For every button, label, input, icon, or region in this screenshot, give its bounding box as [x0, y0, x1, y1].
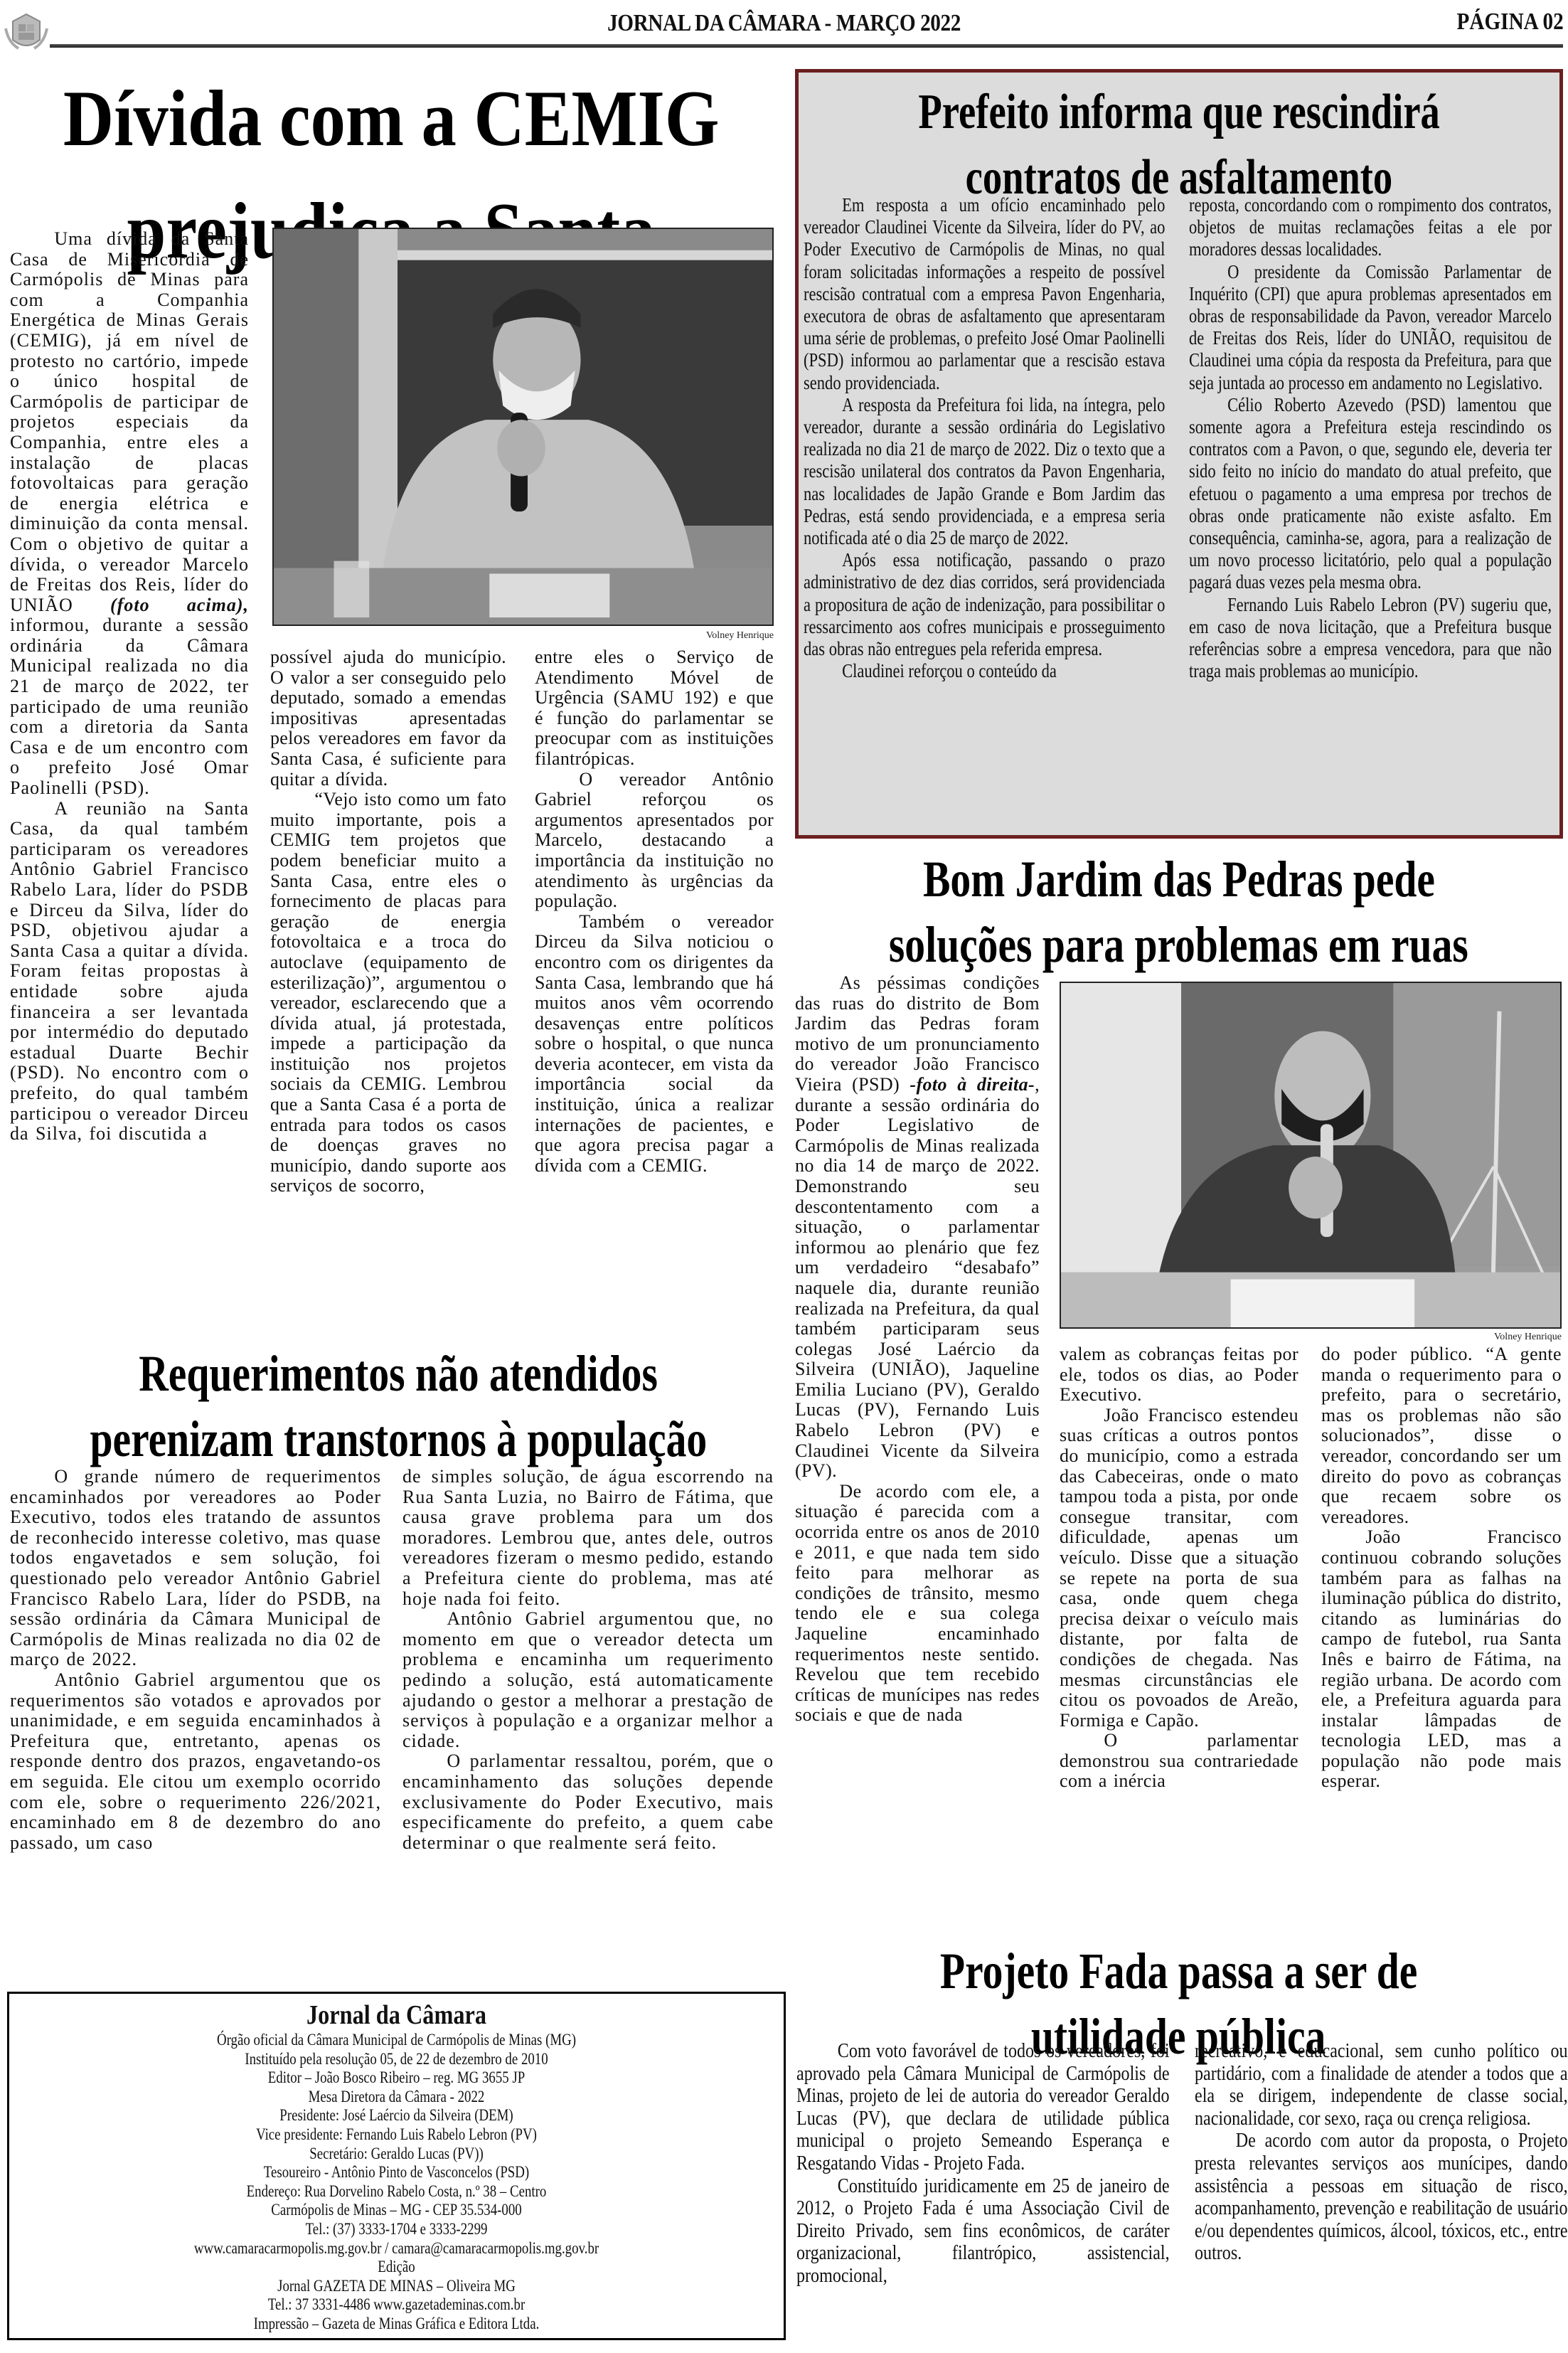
paragraph: Em resposta a um ofício encaminhado pelo… — [804, 193, 1165, 393]
paragraph: Com voto favorável de todos os vereadore… — [796, 2040, 1170, 2175]
headline-line: Prefeito informa que rescindirá — [918, 80, 1439, 145]
expediente-line: Impressão – Gazeta de Minas Gráfica e Ed… — [79, 2315, 714, 2334]
expediente-title: Jornal da Câmara — [68, 1999, 726, 2031]
expediente-website[interactable]: www.camaracarmopolis.mg.gov.br / camara@… — [79, 2239, 714, 2258]
headline-requerimentos: Requerimentos não atendidos perenizam tr… — [0, 1341, 796, 1472]
paragraph: A resposta da Prefeitura foi lida, na ín… — [804, 393, 1165, 548]
bom-jardim-column-1: As péssimas condições das ruas do distri… — [795, 973, 1040, 1726]
bom-jardim-column-3: do poder público. “A gente manda o reque… — [1321, 1344, 1562, 1792]
requerimentos-column-2: de simples solução, de água escorrendo n… — [402, 1467, 774, 1853]
paragraph: de simples solução, de água escorrendo n… — [402, 1467, 774, 1609]
paragraph-text: , durante a sessão ordinária do Poder Le… — [795, 1074, 1040, 1481]
paragraph: Constituído juridicamente em 25 de janei… — [796, 2175, 1170, 2288]
expediente-line: Mesa Diretora da Câmara - 2022 — [79, 2088, 714, 2107]
header-rule — [50, 44, 1563, 48]
cemig-column-2: possível ajuda do município. O valor a s… — [270, 647, 506, 1196]
photo-reference: (foto acima), — [110, 595, 249, 615]
paragraph: João Francisco estendeu suas críticas a … — [1060, 1406, 1298, 1731]
fada-column-1: Com voto favorável de todos os vereadore… — [796, 2040, 1170, 2288]
headline-prefeito: Prefeito informa que rescindirá contrato… — [795, 80, 1563, 211]
coat-of-arms-graphic — [3, 11, 50, 53]
expediente-line: Tel.: 37 3331-4486 www.gazetademinas.com… — [79, 2295, 714, 2315]
paragraph: O parlamentar demonstrou sua contrarieda… — [1060, 1731, 1298, 1792]
paragraph: As péssimas condições das ruas do distri… — [795, 973, 1040, 1482]
photo-vereador-joao-francisco — [1060, 982, 1562, 1329]
masthead-title: JORNAL DA CÂMARA - MARÇO 2022 — [110, 10, 1458, 37]
expediente-box: Jornal da Câmara Órgão oficial da Câmara… — [7, 1992, 786, 2340]
fada-column-2: recreativo, e educacional, sem cunho pol… — [1195, 2040, 1568, 2265]
paragraph: O presidente da Comissão Parlamentar de … — [1189, 260, 1552, 393]
paragraph: O parlamentar ressaltou, porém, que o en… — [402, 1751, 774, 1853]
headline-line: Bom Jardim das Pedras pede — [923, 846, 1435, 912]
paragraph: O vereador Antônio Gabriel reforçou os a… — [535, 770, 774, 912]
paragraph: Fernando Luis Rabelo Lebron (PV) sugeriu… — [1189, 593, 1552, 682]
photo-reference: -foto à direita- — [910, 1074, 1035, 1095]
cemig-column-1: Uma dívida da Santa Casa de Misericórdia… — [10, 229, 249, 1144]
headline-line: Projeto Fada passa a ser de — [940, 1938, 1417, 2004]
paragraph-text: Uma dívida da Santa Casa de Misericórdia… — [10, 228, 249, 615]
paragraph-text: informou, durante a sessão ordinária da … — [10, 615, 249, 798]
expediente-line: Secretário: Geraldo Lucas (PV)) — [79, 2145, 714, 2164]
photo-placeholder-graphic — [274, 229, 772, 625]
paragraph: De acordo com ele, a situação é parecida… — [795, 1482, 1040, 1726]
photo-vereador-marcelo — [272, 228, 774, 626]
expediente-line: Carmópolis de Minas – MG - CEP 35.534-00… — [79, 2201, 714, 2220]
expediente-line: Editor – João Bosco Ribeiro – reg. MG 36… — [79, 2068, 714, 2088]
bom-jardim-column-2: valem as cobranças feitas por ele, todos… — [1060, 1344, 1298, 1792]
paragraph: do poder público. “A gente manda o reque… — [1321, 1344, 1562, 1527]
expediente-line: Vice presidente: Fernando Luis Rabelo Le… — [79, 2125, 714, 2145]
headline-line: perenizam transtornos à população — [90, 1406, 707, 1472]
paragraph: Célio Roberto Azevedo (PSD) lamentou que… — [1189, 393, 1552, 593]
paragraph: O grande número de requerimentos encamin… — [10, 1467, 381, 1670]
prefeito-column-2: reposta, concordando com o rompimento do… — [1189, 193, 1552, 681]
paragraph: Após essa notificação, passando o prazo … — [804, 548, 1165, 659]
expediente-line: Instituído pela resolução 05, de 22 de d… — [79, 2050, 714, 2069]
expediente-line: Tesoureiro - Antônio Pinto de Vasconcelo… — [79, 2163, 714, 2182]
headline-line: soluções para problemas em ruas — [889, 912, 1468, 977]
headline-bom-jardim: Bom Jardim das Pedras pede soluções para… — [789, 846, 1568, 977]
paragraph: De acordo com autor da proposta, o Proje… — [1195, 2130, 1568, 2265]
coat-of-arms-icon — [3, 11, 50, 53]
expediente-line: Órgão oficial da Câmara Municipal de Car… — [79, 2031, 714, 2050]
requerimentos-column-1: O grande número de requerimentos encamin… — [10, 1467, 381, 1853]
paragraph: recreativo, e educacional, sem cunho pol… — [1195, 2040, 1568, 2130]
page-number: PÁGINA 02 — [1457, 9, 1564, 36]
paragraph: possível ajuda do município. O valor a s… — [270, 647, 506, 790]
headline-line: Requerimentos não atendidos — [139, 1341, 658, 1406]
expediente-line: Jornal GAZETA DE MINAS – Oliveira MG — [79, 2277, 714, 2296]
photo-credit: Volney Henrique — [640, 630, 774, 642]
expediente-line: Tel.: (37) 3333-1704 e 3333-2299 — [79, 2220, 714, 2239]
expediente-line: Presidente: José Laércio da Silveira (DE… — [79, 2106, 714, 2125]
paragraph: “Vejo isto como um fato muito importante… — [270, 790, 506, 1196]
paragraph: valem as cobranças feitas por ele, todos… — [1060, 1344, 1298, 1406]
expediente-line: Edição — [79, 2258, 714, 2277]
paragraph: Claudinei reforçou o conteúdo da — [804, 659, 1165, 681]
paragraph: reposta, concordando com o rompimento do… — [1189, 193, 1552, 260]
paragraph: Antônio Gabriel argumentou que os requer… — [10, 1670, 381, 1853]
cemig-column-3: entre eles o Serviço de Atendimento Móve… — [535, 647, 774, 1176]
photo-credit: Volney Henrique — [1422, 1332, 1562, 1343]
expediente-line: Endereço: Rua Dorvelino Rabelo Costa, n.… — [79, 2182, 714, 2201]
photo-placeholder-graphic — [1061, 983, 1560, 1327]
paragraph: entre eles o Serviço de Atendimento Móve… — [535, 647, 774, 770]
headline-line: Dívida com a CEMIG — [63, 63, 720, 175]
paragraph: Uma dívida da Santa Casa de Misericórdia… — [10, 229, 249, 799]
paragraph: João Francisco continuou cobrando soluçõ… — [1321, 1527, 1562, 1792]
paragraph: Antônio Gabriel argumentou que, no momen… — [402, 1609, 774, 1751]
prefeito-column-1: Em resposta a um ofício encaminhado pelo… — [804, 193, 1165, 681]
paragraph: Também o vereador Dirceu da Silva notici… — [535, 912, 774, 1176]
paragraph: A reunião na Santa Casa, da qual também … — [10, 799, 249, 1144]
